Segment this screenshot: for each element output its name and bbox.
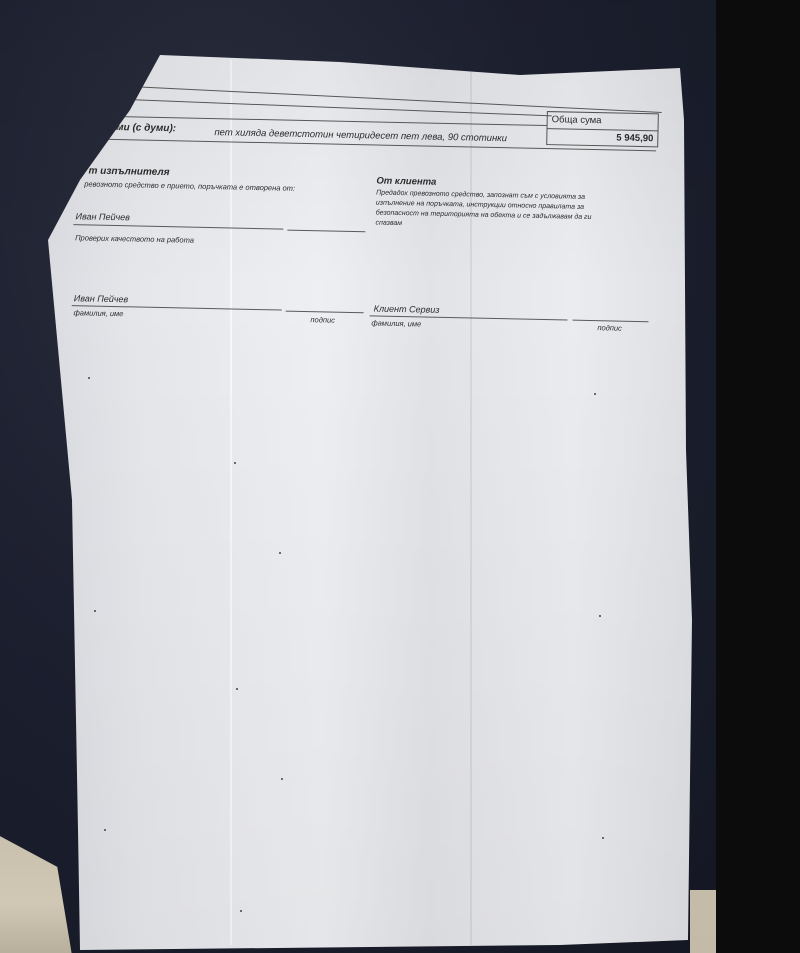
speck — [602, 837, 604, 839]
quality-statement: Проверих качеството на работа — [75, 233, 194, 244]
speck — [599, 615, 601, 617]
client-signature-caption: подпис — [597, 323, 622, 333]
signature-line — [287, 230, 365, 233]
paper-sheet: N Обща сума 5 945,90 ължими (с думи): пе… — [0, 0, 716, 953]
client-statement-line: изпълнение на поръчката, инструкции отно… — [376, 199, 584, 210]
speck — [234, 462, 236, 464]
contractor-heading: т изпълнителя — [88, 165, 169, 178]
total-box-divider — [548, 128, 658, 131]
speck — [88, 377, 90, 379]
client-statement-line: безопасност на територията на обекта и с… — [376, 209, 592, 221]
signature-line — [286, 311, 364, 314]
total-label: Обща сума — [552, 114, 602, 126]
contractor-name-caption: фамилия, име — [73, 308, 123, 318]
floor-tile-right — [690, 890, 716, 953]
speck — [94, 610, 96, 612]
contractor-statement: ревозното средство е прието, поръчката е… — [84, 179, 295, 192]
total-value: 5 945,90 — [616, 133, 653, 145]
speck — [240, 910, 242, 912]
client-name-caption: фамилия, име — [371, 318, 421, 328]
total-sum-box: Обща сума 5 945,90 — [546, 111, 659, 147]
checked-by-name: Иван Пейчев — [74, 293, 128, 304]
speck — [104, 829, 106, 831]
rule-line — [82, 97, 552, 116]
printed-document: N Обща сума 5 945,90 ължими (с думи): пе… — [0, 0, 720, 953]
speck — [594, 393, 596, 395]
client-statement-line: спазвам — [375, 219, 402, 227]
client-name: Клиент Сервиз — [374, 303, 440, 314]
name-line — [73, 224, 283, 229]
opened-by-name: Иван Пейчев — [75, 211, 129, 222]
speck — [281, 778, 283, 780]
client-heading: От клиента — [376, 176, 436, 188]
speck — [236, 688, 238, 690]
signature-line — [573, 320, 649, 323]
contractor-signature-caption: подпис — [310, 315, 335, 325]
speck — [279, 552, 281, 554]
